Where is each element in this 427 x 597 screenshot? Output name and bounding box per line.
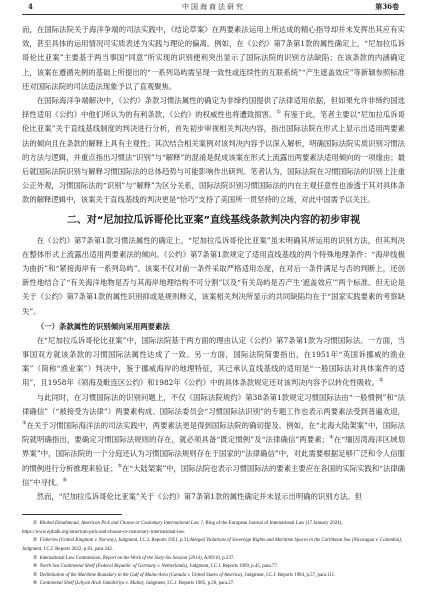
footnote-ref[interactable]: ⑥ — [62, 477, 66, 483]
document-page: 4 中国海商法研究 第36卷 而，在国际法院关于海洋争端的司法实践中，《结论草案… — [22, 0, 405, 589]
subsection-heading: （一）条款属性的识别倾向采用两要素法 — [22, 319, 405, 334]
paragraph-text: 有鉴于此，笔者主要以“尼加拉瓜诉哥伦比亚案”关于直线基线制度的判决进行分析，首先… — [22, 110, 405, 204]
footnote-mark: ④ — [33, 564, 37, 569]
footnote-ref[interactable]: ② — [379, 378, 383, 384]
paragraph: 在“尼加拉瓜诉哥伦比亚案”中，国际法院基于两方面的理由认定《公约》第7条第1款为… — [22, 334, 405, 391]
footnote-text: International Law Commission, — [40, 556, 103, 561]
footnote-text: , Judgment, I.C.J. Reports 1984, p.57, p… — [242, 573, 335, 578]
section-heading: 二、对“尼加拉瓜诉哥伦比亚案”直线基线条款判决内容的初步审视 — [22, 212, 405, 230]
footnote-title: Delimitation of the Maritime Boundary in… — [40, 573, 243, 578]
paragraph: 与此同时，在习惯国际法的识别问题上，不仅《国际法院规约》第38条第1款规定习惯国… — [22, 391, 405, 490]
footnote-mark: ⑤ — [33, 573, 37, 578]
paragraph-text: 与此同时，在习惯国际法的识别问题上，不仅《国际法院规约》第38条第1款规定习惯国… — [22, 393, 405, 416]
footnote-divider — [22, 514, 122, 515]
footnote-title: Alleged Violations of Sovereign Rights a… — [190, 538, 401, 543]
paragraph: 而，在国际法院关于海洋争端的司法实践中，《结论草案》在两要素法运用上所达成的精心… — [22, 23, 405, 94]
paragraph-text: 而，在国际法院关于海洋争端的司法实践中，《结论草案》在两要素法运用上所达成的精心… — [22, 25, 405, 91]
paragraph-text: 在“尼加拉瓜诉哥伦比亚案”中，国际法院基于两方面的理由认定《公约》第7条第1款为… — [22, 336, 405, 388]
running-header: 4 中国海商法研究 第36卷 — [22, 1, 405, 15]
footnote-title: Khaled Elmahmoud, American Pick and Choo… — [40, 521, 203, 526]
footnotes: ① Khaled Elmahmoud, American Pick and Ch… — [22, 520, 405, 589]
footnote-text: , A/69/10, p.237. — [202, 556, 235, 561]
footnote-mark: ② — [33, 538, 37, 543]
footnote-title: Continental Shelf (Libyan Arab Jamahiriy… — [40, 581, 144, 586]
paragraph: 然而，“尼加拉瓜诉哥伦比亚案”关于《公约》第7条第1款的属性确定并未显示出明确的… — [22, 490, 405, 504]
footnote-title: North Sea Continental Shelf (Federal Rep… — [40, 564, 187, 569]
footnote-mark: ⑥ — [33, 581, 37, 586]
footnote-mark: ③ — [33, 556, 37, 561]
footnote-text: , Judgment, I.C.J. Reports 1985, p.20, p… — [143, 581, 234, 586]
footnote: ④ North Sea Continental Shelf (Federal R… — [22, 563, 405, 572]
body-text: 而，在国际法院关于海洋争端的司法实践中，《结论草案》在两要素法运用上所达成的精心… — [22, 23, 405, 504]
footnote: ② Fisheries (United Kingdom v. Norway), … — [22, 537, 405, 554]
footnote: ⑥ Continental Shelf (Libyan Arab Jamahir… — [22, 580, 405, 589]
footnote: ③ International Law Commission, Report o… — [22, 555, 405, 564]
footnote-title: Report on the Work of the Sixty-Six Sess… — [103, 556, 202, 561]
footnote-text: , Judgment, I.C.J. Reports 1969, p.45, p… — [187, 564, 278, 569]
journal-title: 中国海商法研究 — [22, 1, 405, 13]
footnote-text: , Judgment, I.C.J. Reports 1951, p.31; — [116, 538, 190, 543]
footnote: ① Khaled Elmahmoud, American Pick and Ch… — [22, 520, 405, 537]
paragraph-text: 在《公约》第7条第1款习惯法属性的确定上，“尼加拉瓜诉哥伦比亚案”虽未明确其所运… — [22, 236, 405, 316]
volume-label: 第36卷 — [375, 1, 399, 13]
footnote: ⑤ Delimitation of the Maritime Boundary … — [22, 572, 405, 581]
paragraph: 在国际海洋争端解决中，《公约》条款习惯法属性的确定为非缔约国提供了法律适用依据，… — [22, 94, 405, 208]
footnote-title: Fisheries (United Kingdom v. Norway) — [40, 538, 116, 543]
paragraph-text: 然而，“尼加拉瓜诉哥伦比亚案”关于《公约》第7条第1款的属性确定并未显示出明确的… — [37, 492, 362, 501]
footnote-mark: ① — [33, 521, 37, 526]
paragraph: 在《公约》第7条第1款习惯法属性的确定上，“尼加拉瓜诉哥伦比亚案”虽未明确其所运… — [22, 234, 405, 319]
